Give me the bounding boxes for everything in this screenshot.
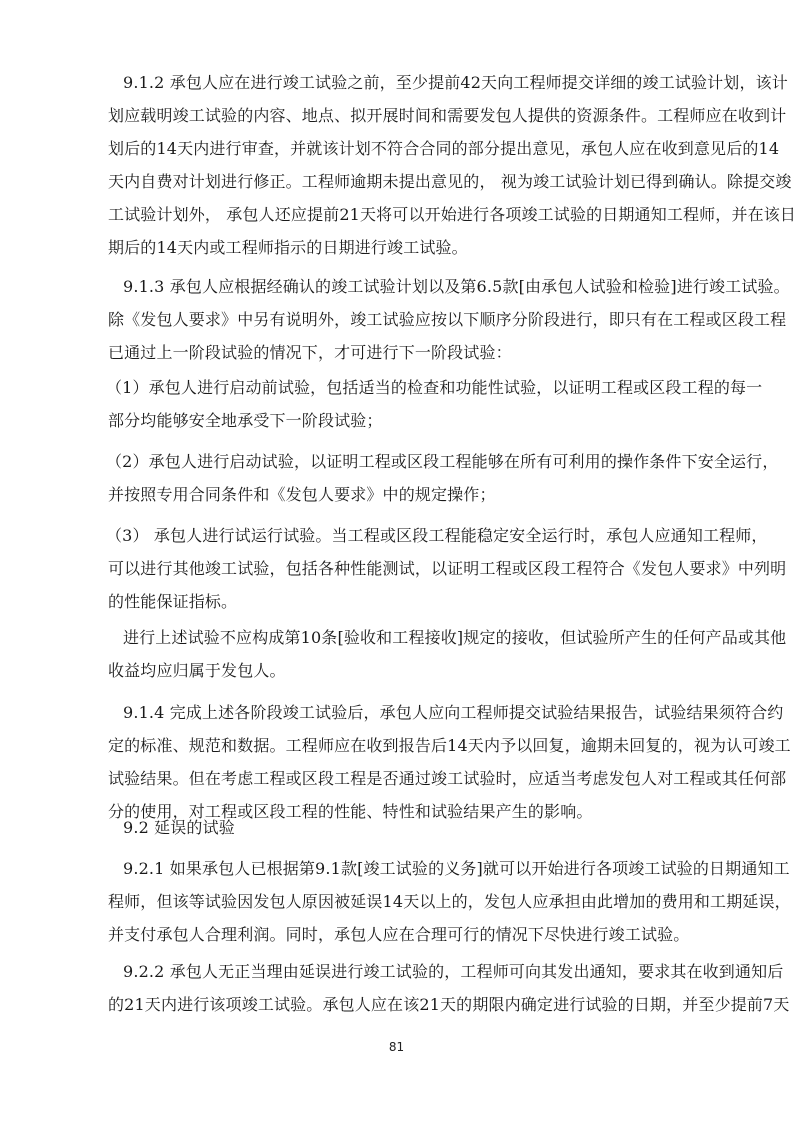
item-3-line-1: （3） 承包人进行试运行试验。当工程或区段工程能稳定安全运行时，承包人应通知工程… bbox=[106, 524, 716, 548]
page-number: 81 bbox=[0, 1040, 793, 1054]
paragraph-9-1-4-line-2: 定的标准、规范和数据。工程师应在收到报告后14天内予以回复，逾期未回复的，视为认… bbox=[108, 734, 718, 758]
paragraph-9-1-2-line-2: 划应载明竣工试验的内容、地点、拟开展时间和需要发包人提供的资源条件。工程师应在收… bbox=[108, 104, 718, 128]
note-line-1: 进行上述试验不应构成第10条[验收和工程接收]规定的接收，但试验所产生的任何产品… bbox=[123, 626, 718, 650]
paragraph-9-1-2-line-4: 天内自费对计划进行修正。工程师逾期未提出意见的， 视为竣工试验计划已得到确认。除… bbox=[108, 170, 718, 194]
paragraph-9-1-4-line-3: 试验结果。但在考虑工程或区段工程是否通过竣工试验时，应适当考虑发包人对工程或其任… bbox=[108, 767, 718, 791]
document-page: 9.1.2 承包人应在进行竣工试验之前，至少提前42天向工程师提交详细的竣工试验… bbox=[0, 0, 793, 1122]
paragraph-9-1-3-line-1: 9.1.3 承包人应根据经确认的竣工试验计划以及第6.5款[由承包人试验和检验]… bbox=[123, 275, 718, 299]
paragraph-9-1-2-line-1: 9.1.2 承包人应在进行竣工试验之前，至少提前42天向工程师提交详细的竣工试验… bbox=[123, 71, 718, 95]
section-heading-9-2: 9.2 延误的试验 bbox=[123, 816, 718, 840]
item-1-line-1: （1）承包人进行启动前试验，包括适当的检查和功能性试验，以证明工程或区段工程的每… bbox=[106, 376, 716, 400]
note-line-2: 收益均应归属于发包人。 bbox=[108, 659, 718, 683]
paragraph-9-1-2-line-5: 工试验计划外， 承包人还应提前21天将可以开始进行各项竣工试验的日期通知工程师，… bbox=[108, 203, 718, 227]
paragraph-9-1-4-line-1: 9.1.4 完成上述各阶段竣工试验后，承包人应向工程师提交试验结果报告，试验结果… bbox=[123, 701, 718, 725]
paragraph-9-2-2-line-1: 9.2.2 承包人无正当理由延误进行竣工试验的，工程师可向其发出通知，要求其在收… bbox=[123, 960, 718, 984]
item-3-line-3: 的性能保证指标。 bbox=[108, 590, 718, 614]
item-3-line-2: 可以进行其他竣工试验，包括各种性能测试，以证明工程或区段工程符合《发包人要求》中… bbox=[108, 557, 718, 581]
paragraph-9-2-2-line-2: 的21天内进行该项竣工试验。承包人应在该21天的期限内确定进行试验的日期，并至少… bbox=[108, 993, 718, 1017]
paragraph-9-2-1-line-1: 9.2.1 如果承包人已根据第9.1款[竣工试验的义务]就可以开始进行各项竣工试… bbox=[123, 857, 718, 881]
item-2-line-2: 并按照专用合同条件和《发包人要求》中的规定操作； bbox=[108, 483, 718, 507]
paragraph-9-1-2-line-6: 期后的14天内或工程师指示的日期进行竣工试验。 bbox=[108, 236, 718, 260]
paragraph-9-2-1-line-3: 并支付承包人合理利润。同时，承包人应在合理可行的情况下尽快进行竣工试验。 bbox=[108, 923, 718, 947]
paragraph-9-2-1-line-2: 程师，但该等试验因发包人原因被延误14天以上的，发包人应承担由此增加的费用和工期… bbox=[108, 890, 718, 914]
item-2-line-1: （2）承包人进行启动试验，以证明工程或区段工程能够在所有可利用的操作条件下安全运… bbox=[106, 450, 716, 474]
paragraph-9-1-2-line-3: 划后的14天内进行审查，并就该计划不符合合同的部分提出意见，承包人应在收到意见后… bbox=[108, 137, 718, 161]
paragraph-9-1-3-line-3: 已通过上一阶段试验的情况下，才可进行下一阶段试验： bbox=[108, 341, 718, 365]
item-1-line-2: 部分均能够安全地承受下一阶段试验； bbox=[108, 409, 718, 433]
paragraph-9-1-3-line-2: 除《发包人要求》中另有说明外，竣工试验应按以下顺序分阶段进行，即只有在工程或区段… bbox=[108, 308, 718, 332]
